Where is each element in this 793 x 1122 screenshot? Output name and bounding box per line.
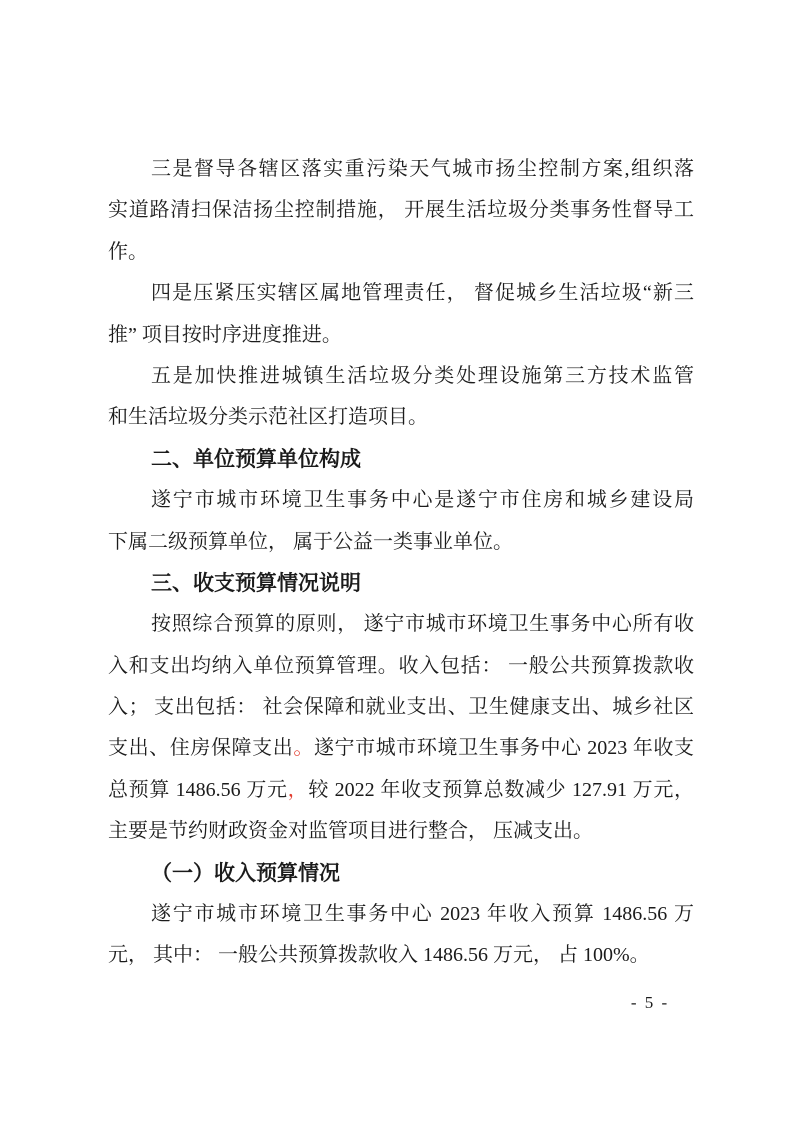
text-line: 总预算 1486.56 万元，较 2022 年收支预算总数减少 127.91 万… — [108, 770, 694, 811]
text-line: 四是压紧压实辖区属地管理责任， 督促城乡生活垃圾“新三 — [108, 273, 694, 314]
red-punctuation: ， — [288, 779, 309, 801]
text-line: 入和支出均纳入单位预算管理。收入包括： 一般公共预算拨款收 — [108, 646, 694, 687]
text-segment: 总预算 1486.56 万元 — [108, 779, 288, 801]
text-segment: 入； 支出包括： 社会保障和就业支出、卫生健康支出、城乡社区 — [108, 696, 694, 718]
text-segment: 元， 其中： 一般公共预算拨款收入 1486.56 万元， 占 100%。 — [108, 944, 650, 966]
text-segment: 作。 — [108, 241, 148, 263]
text-segment: 二、单位预算单位构成 — [151, 448, 361, 471]
page-number: - 5 - — [560, 993, 740, 1013]
text-line: 推” 项目按时序进度推进。 — [108, 315, 694, 356]
text-line: 按照综合预算的原则， 遂宁市城市环境卫生事务中心所有收 — [108, 604, 694, 645]
text-segment: 推” 项目按时序进度推进。 — [108, 324, 342, 346]
text-line: 入； 支出包括： 社会保障和就业支出、卫生健康支出、城乡社区 — [108, 687, 694, 728]
text-line: 支出、住房保障支出。遂宁市城市环境卫生事务中心 2023 年收支 — [108, 728, 694, 769]
text-line: 遂宁市城市环境卫生事务中心是遂宁市住房和城乡建设局 — [108, 480, 694, 521]
text-segment: 五是加快推进城镇生活垃圾分类处理设施第三方技术监管 — [151, 365, 694, 387]
document-body: 三是督导各辖区落实重污染天气城市扬尘控制方案,组织落实道路清扫保洁扬尘控制措施，… — [108, 149, 694, 977]
text-segment: 按照综合预算的原则， 遂宁市城市环境卫生事务中心所有收 — [151, 613, 694, 635]
text-line: 主要是节约财政资金对监管项目进行整合， 压减支出。 — [108, 811, 694, 852]
red-punctuation: 。 — [293, 737, 314, 759]
section-heading: 三、收支预算情况说明 — [108, 563, 694, 604]
text-segment: 遂宁市城市环境卫生事务中心 2023 年收支 — [314, 737, 694, 759]
text-line: 实道路清扫保洁扬尘控制措施， 开展生活垃圾分类事务性督导工 — [108, 190, 694, 231]
text-segment: 较 2022 年收支预算总数减少 127.91 万元， — [308, 779, 694, 801]
text-segment: 四是压紧压实辖区属地管理责任， 督促城乡生活垃圾“新三 — [151, 282, 694, 304]
section-heading: （一）收入预算情况 — [108, 853, 694, 894]
text-segment: （一）收入预算情况 — [151, 861, 340, 885]
text-segment: 遂宁市城市环境卫生事务中心是遂宁市住房和城乡建设局 — [151, 489, 694, 511]
text-line: 三是督导各辖区落实重污染天气城市扬尘控制方案,组织落 — [108, 149, 694, 190]
text-line: 作。 — [108, 232, 694, 273]
text-segment: 入和支出均纳入单位预算管理。收入包括： 一般公共预算拨款收 — [108, 655, 694, 677]
text-segment: 三是督导各辖区落实重污染天气城市扬尘控制方案,组织落 — [151, 158, 694, 180]
section-heading: 二、单位预算单位构成 — [108, 439, 694, 480]
text-segment: 主要是节约财政资金对监管项目进行整合， 压减支出。 — [108, 820, 593, 842]
text-segment: 三、收支预算情况说明 — [151, 572, 361, 595]
text-segment: 支出、住房保障支出 — [108, 737, 293, 759]
text-line: 五是加快推进城镇生活垃圾分类处理设施第三方技术监管 — [108, 356, 694, 397]
document-page: 三是督导各辖区落实重污染天气城市扬尘控制方案,组织落实道路清扫保洁扬尘控制措施，… — [0, 0, 793, 1122]
text-segment: 实道路清扫保洁扬尘控制措施， 开展生活垃圾分类事务性督导工 — [108, 199, 694, 221]
text-line: 遂宁市城市环境卫生事务中心 2023 年收入预算 1486.56 万 — [108, 894, 694, 935]
text-segment: 遂宁市城市环境卫生事务中心 2023 年收入预算 1486.56 万 — [151, 903, 694, 925]
text-line: 和生活垃圾分类示范社区打造项目。 — [108, 397, 694, 438]
text-segment: 和生活垃圾分类示范社区打造项目。 — [108, 406, 428, 428]
text-line: 下属二级预算单位， 属于公益一类事业单位。 — [108, 522, 694, 563]
text-segment: 下属二级预算单位， 属于公益一类事业单位。 — [108, 531, 513, 553]
text-line: 元， 其中： 一般公共预算拨款收入 1486.56 万元， 占 100%。 — [108, 935, 694, 976]
